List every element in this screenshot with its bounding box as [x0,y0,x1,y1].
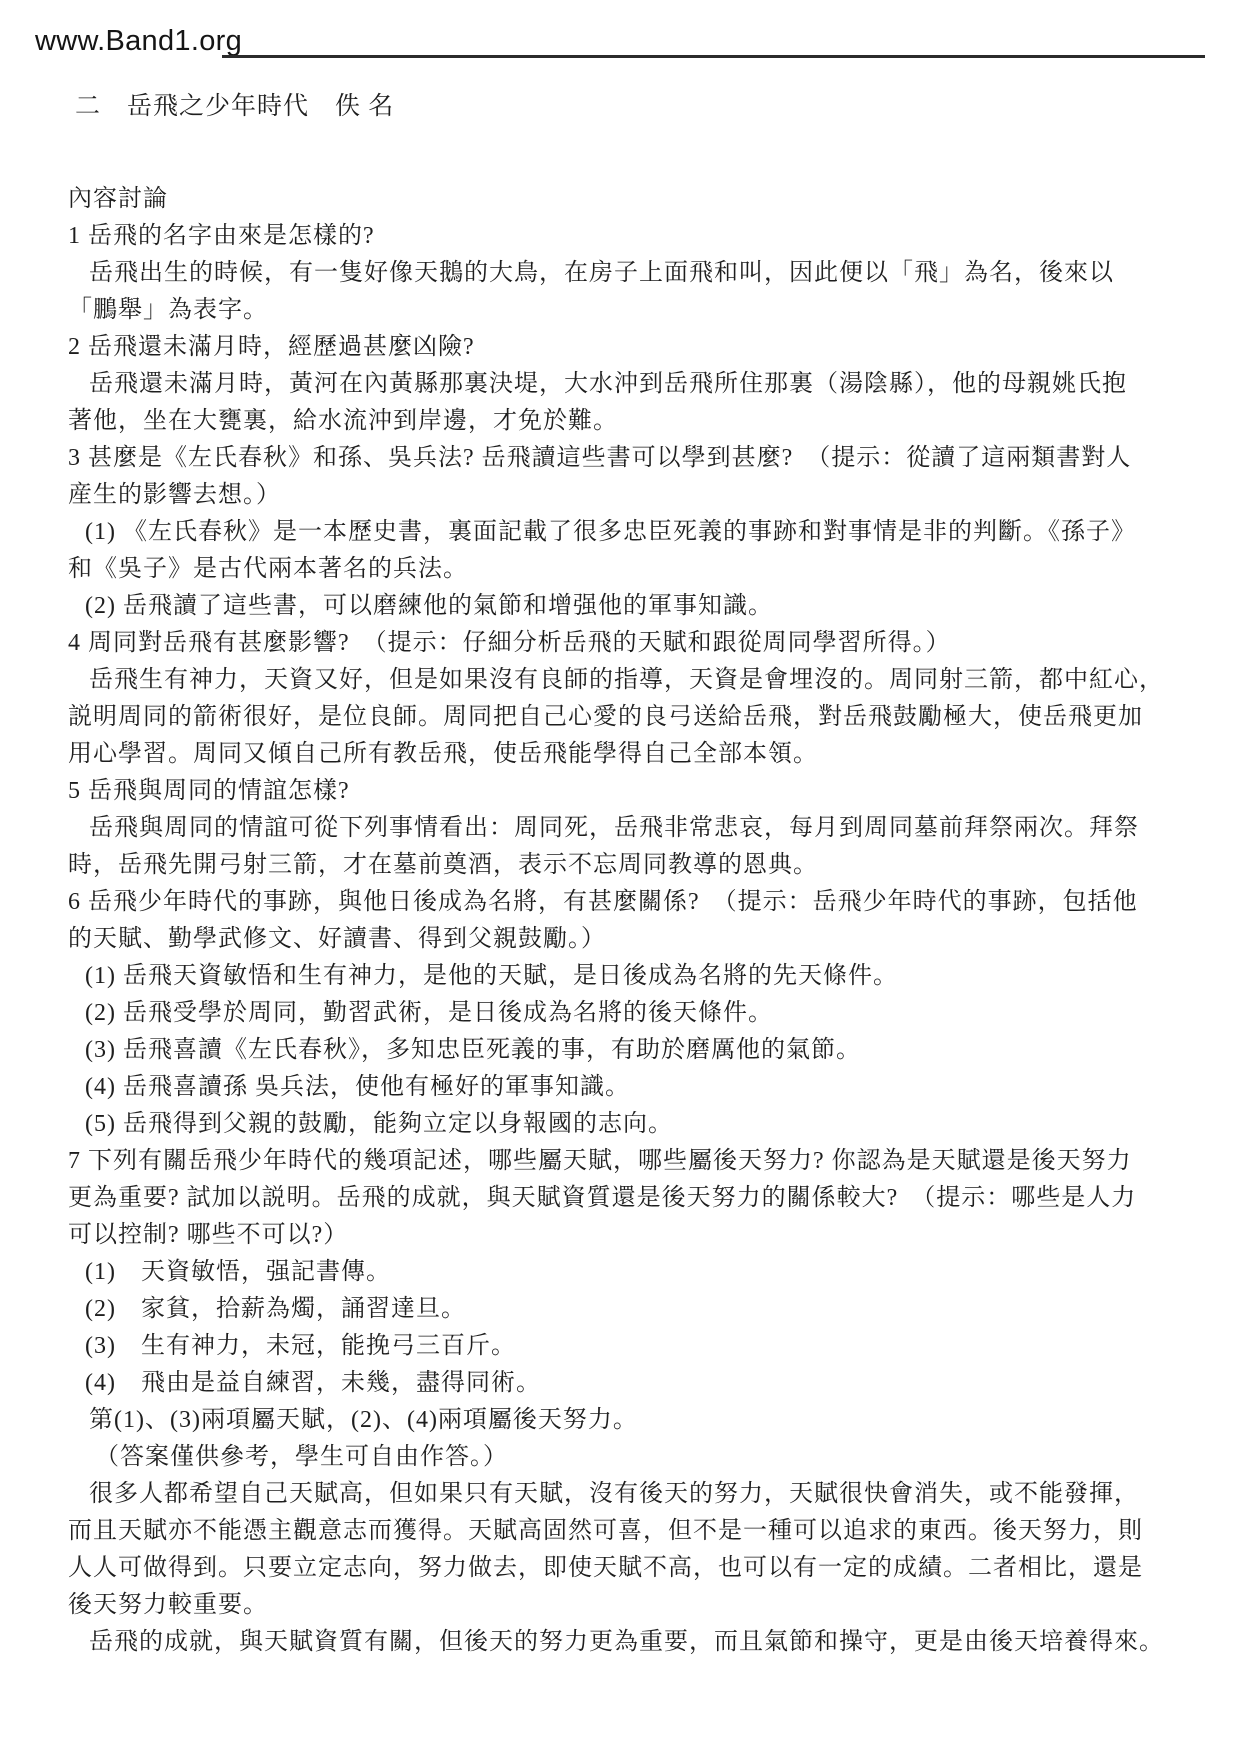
text-line: 3 甚麼是《左氏春秋》和孫、吳兵法? 岳飛讀這些書可以學到甚麼? （提示：從讀了… [68,440,1180,477]
text-line: 2 岳飛還未滿月時，經歷過甚麼凶險? [68,329,1180,366]
text-line: (4) 岳飛喜讀孫 吳兵法，使他有極好的軍事知識。 [68,1069,1180,1106]
text-line: 第(1)、(3)兩項屬天賦，(2)、(4)兩項屬後天努力。 [68,1402,1180,1439]
text-line: 岳飛出生的時候，有一隻好像天鵝的大鳥，在房子上面飛和叫，因此便以「飛」為名，後來… [68,255,1180,292]
text-line: 著他，坐在大甕裏，給水流沖到岸邊，才免於難。 [68,403,1180,440]
text-line: 5 岳飛與周同的情誼怎樣? [68,773,1180,810]
text-line: 6 岳飛少年時代的事跡，與他日後成為名將，有甚麼關係? （提示：岳飛少年時代的事… [68,884,1180,921]
text-line: (1) 天資敏悟，强記書傳。 [68,1254,1180,1291]
content-lines: 1 岳飛的名字由來是怎樣的?岳飛出生的時候，有一隻好像天鵝的大鳥，在房子上面飛和… [68,218,1180,1661]
header-rule [222,55,1205,58]
text-line: (5) 岳飛得到父親的鼓勵，能夠立定以身報國的志向。 [68,1106,1180,1143]
text-line: 4 周同對岳飛有甚麼影響? （提示：仔細分析岳飛的天賦和跟從周同學習所得。） [68,625,1180,662]
text-line: (1) 岳飛天資敏悟和生有神力，是他的天賦，是日後成為名將的先天條件。 [68,958,1180,995]
text-line: 很多人都希望自己天賦高，但如果只有天賦，沒有後天的努力，天賦很快會消失，或不能發… [68,1476,1180,1513]
text-line: 和《吳子》是古代兩本著名的兵法。 [68,551,1180,588]
text-line: 更為重要? 試加以説明。岳飛的成就，與天賦資質還是後天努力的關係較大? （提示：… [68,1180,1180,1217]
text-line: 岳飛生有神力，天資又好，但是如果沒有良師的指導，天資是會埋沒的。周同射三箭，都中… [68,662,1180,699]
text-line: 的天賦、勤學武修文、好讀書、得到父親鼓勵。） [68,921,1180,958]
text-line: 7 下列有關岳飛少年時代的幾項記述，哪些屬天賦，哪些屬後天努力? 你認為是天賦還… [68,1143,1180,1180]
text-line: 時，岳飛先開弓射三箭，才在墓前奠酒，表示不忘周同教導的恩典。 [68,847,1180,884]
text-line: 岳飛的成就，與天賦資質有關，但後天的努力更為重要，而且氣節和操守，更是由後天培養… [68,1624,1180,1661]
site-watermark: www.Band1.org [35,25,242,58]
text-line: 「鵬舉」為表字。 [68,292,1180,329]
text-line: 用心學習。周同又傾自己所有教岳飛，使岳飛能學得自己全部本領。 [68,736,1180,773]
text-line: 1 岳飛的名字由來是怎樣的? [68,218,1180,255]
text-line: (2) 家貧，拾薪為燭，誦習達旦。 [68,1291,1180,1328]
text-line: 説明周同的箭術很好，是位良師。周同把自己心愛的良弓送給岳飛，對岳飛鼓勵極大，使岳… [68,699,1180,736]
section-heading: 內容討論 [68,181,168,218]
text-line: 産生的影響去想。） [68,477,1180,514]
text-line: (1) 《左氏春秋》是一本歷史書，裏面記載了很多忠臣死義的事跡和對事情是非的判斷… [68,514,1180,551]
text-line: 岳飛與周同的情誼可從下列事情看出：周同死，岳飛非常悲哀，每月到周同墓前拜祭兩次。… [68,810,1180,847]
text-line: 人人可做得到。只要立定志向，努力做去，即使天賦不高，也可以有一定的成績。二者相比… [68,1550,1180,1587]
text-line: (3) 岳飛喜讀《左氏春秋》，多知忠臣死義的事，有助於磨厲他的氣節。 [68,1032,1180,1069]
text-line: 岳飛還未滿月時，黃河在內黃縣那裏決堤，大水沖到岳飛所住那裏（湯陰縣），他的母親姚… [68,366,1180,403]
text-line: 後天努力較重要。 [68,1587,1180,1624]
text-line: (3) 生有神力，未冠，能挽弓三百斤。 [68,1328,1180,1365]
text-line: (2) 岳飛讀了這些書，可以磨練他的氣節和增强他的軍事知識。 [68,588,1180,625]
text-line: (2) 岳飛受學於周同，勤習武術，是日後成為名將的後天條件。 [68,995,1180,1032]
text-line: （答案僅供參考，學生可自由作答。） [68,1439,1180,1476]
text-line: (4) 飛由是益自練習，未幾，盡得同術。 [68,1365,1180,1402]
page-title: 二 岳飛之少年時代 佚 名 [75,86,394,122]
text-line: 而且天賦亦不能憑主觀意志而獲得。天賦高固然可喜，但不是一種可以追求的東西。後天努… [68,1513,1180,1550]
text-line: 可以控制? 哪些不可以?） [68,1217,1180,1254]
